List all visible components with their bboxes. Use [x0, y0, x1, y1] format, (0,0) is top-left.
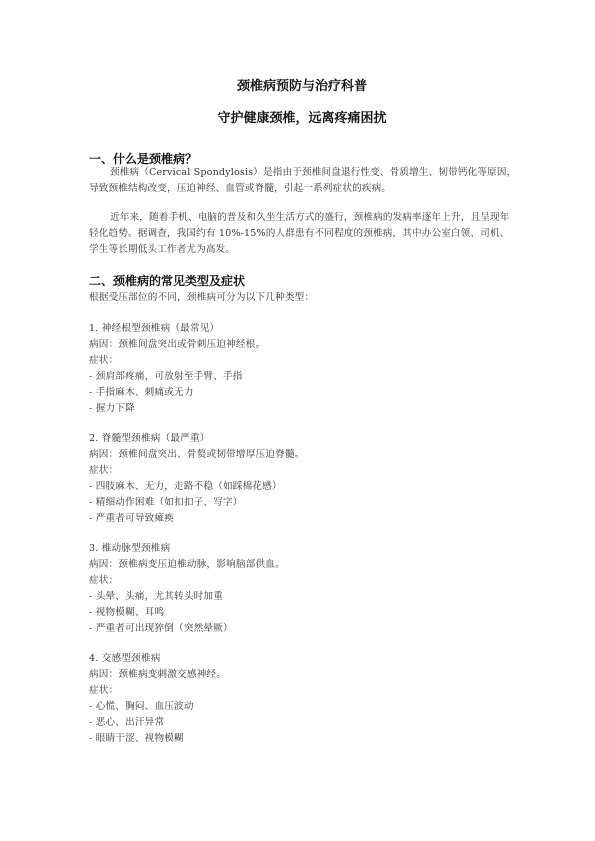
type-3-symptom: - 严重者可出现猝倒（突然晕厥） — [89, 621, 233, 637]
type-2-symptom: - 精细动作困难（如扣扣子、写字） — [89, 495, 243, 511]
document-title: 颈椎病预防与治疗科普 — [89, 79, 515, 95]
type-2-symptoms-label: 症状： — [89, 463, 118, 479]
type-2-name: 2. 脊髓型颈椎病（最严重） — [89, 431, 210, 447]
type-1-symptom: - 手指麻木、刺痛或无力 — [89, 385, 194, 401]
type-4-symptom: - 心慌、胸闷、血压波动 — [89, 699, 194, 715]
section1-paragraph-2: 近年来，随着手机、电脑的普及和久坐生活方式的盛行，颈椎病的发病率逐年上升，且呈现… — [89, 210, 517, 259]
type-1-symptom: - 颈肩部疼痛，可放射至手臂、手指 — [89, 369, 243, 385]
document-subtitle: 守护健康颈椎，远离疼痛困扰 — [89, 111, 515, 127]
type-1-cause: 病因：颈椎间盘突出或骨刺压迫神经根。 — [89, 337, 265, 353]
type-2-cause: 病因：颈椎间盘突出、骨赘或韧带增厚压迫脊髓。 — [89, 447, 304, 463]
type-3-symptom: - 头晕、头痛，尤其转头时加重 — [89, 589, 223, 605]
type-4-cause: 病因：颈椎病变刺激交感神经。 — [89, 667, 226, 683]
type-3-name: 3. 椎动脉型颈椎病 — [89, 541, 170, 557]
type-4-symptom: - 眼睛干涩、视物模糊 — [89, 731, 184, 747]
section2-intro: 根据受压部位的不同，颈椎病可分为以下几种类型： — [89, 290, 314, 306]
type-2-symptom: - 严重者可导致瘫痪 — [89, 511, 174, 527]
type-1-name: 1. 神经根型颈椎病（最常见） — [89, 321, 219, 337]
type-3-symptom: - 视物模糊、耳鸣 — [89, 605, 164, 621]
type-3-cause: 病因：颈椎病变压迫椎动脉，影响脑部供血。 — [89, 557, 285, 573]
type-3-symptoms-label: 症状： — [89, 573, 118, 589]
type-4-name: 4. 交感型颈椎病 — [89, 651, 161, 667]
type-2-symptom: - 四肢麻木、无力，走路不稳（如踩棉花感） — [89, 479, 282, 495]
type-1-symptom: - 握力下降 — [89, 401, 135, 417]
type-4-symptom: - 恶心、出汗异常 — [89, 715, 164, 731]
type-1-symptoms-label: 症状： — [89, 353, 118, 369]
type-4-symptoms-label: 症状： — [89, 683, 118, 699]
section1-paragraph-1: 颈椎病（Cervical Spondylosis）是指由于颈椎间盘退行性变、骨质… — [89, 165, 517, 197]
section-heading-types: 二、颈椎病的常见类型及症状 — [89, 274, 245, 289]
